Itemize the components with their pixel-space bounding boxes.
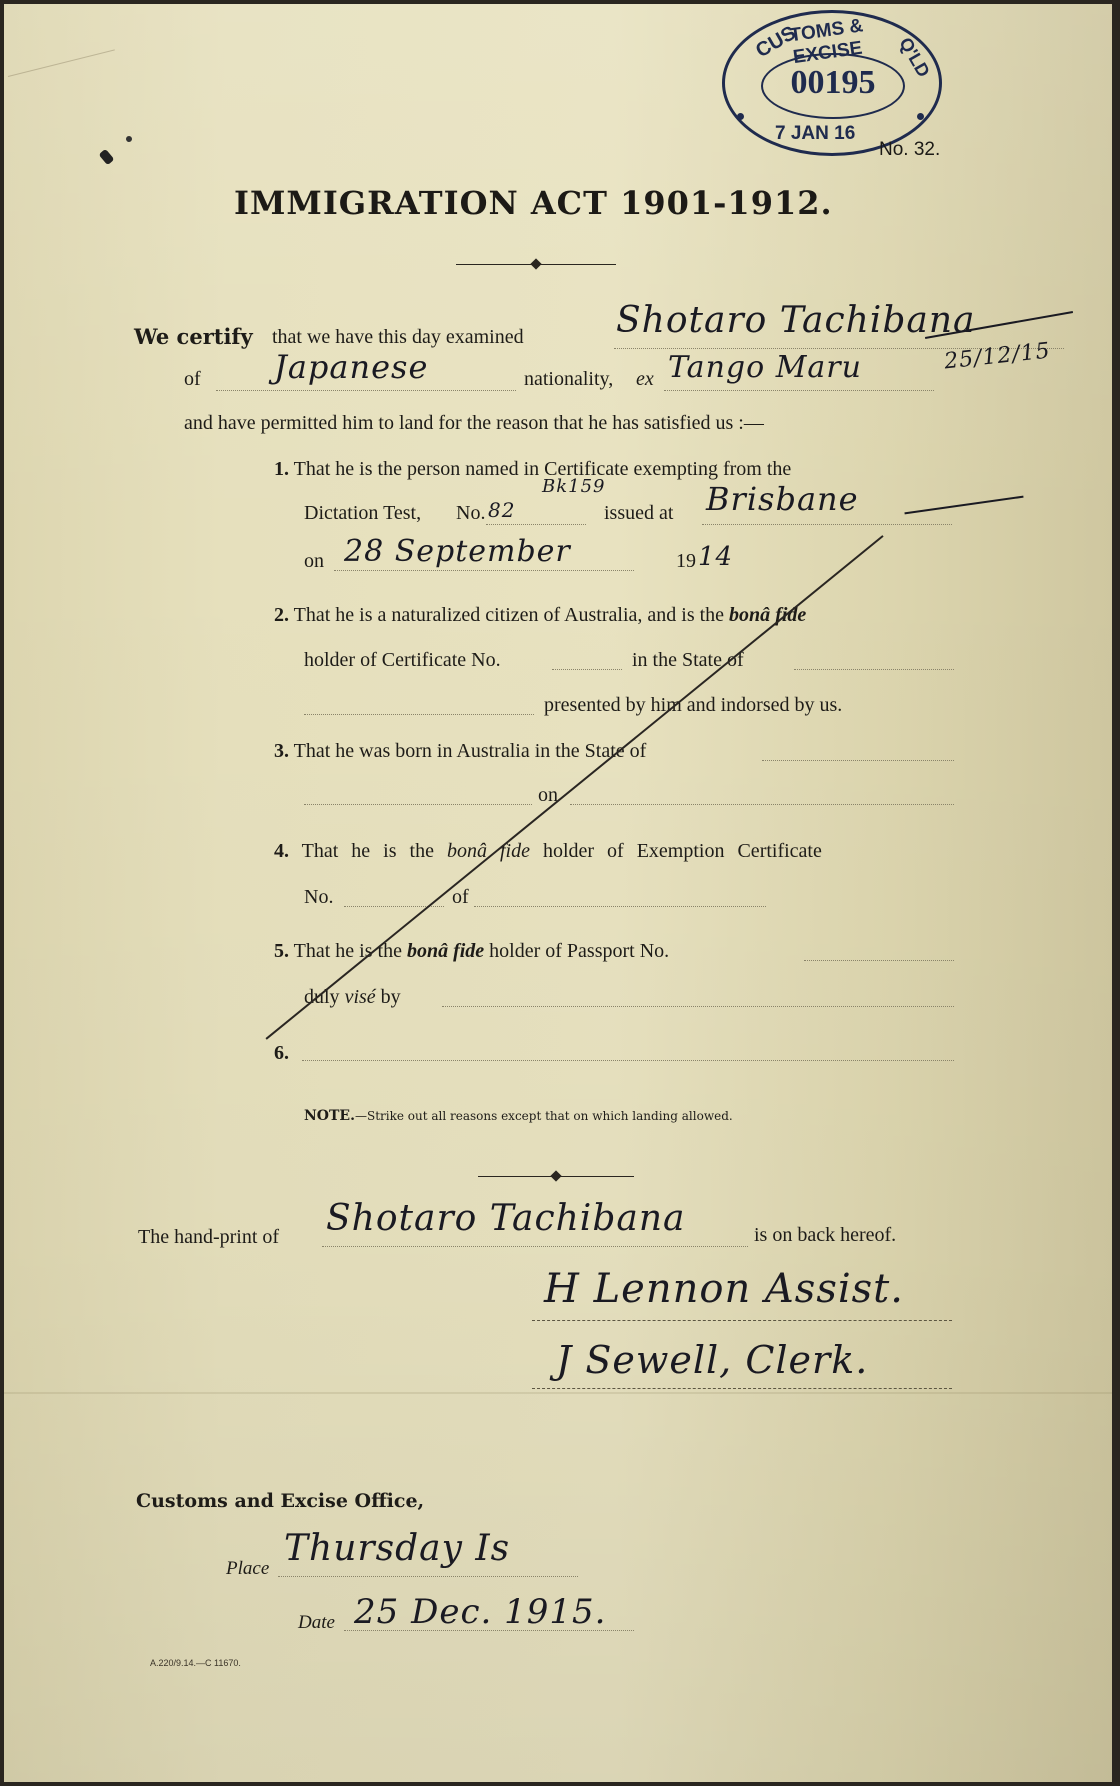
reason-1-on-label: on xyxy=(304,550,324,573)
stamp-date: 7 JAN 16 xyxy=(775,123,855,145)
reason-2-text: That he is a naturalized citizen of Aust… xyxy=(294,604,724,626)
cert-no-blank xyxy=(552,669,622,670)
reason-2-line3: presented by him and indorsed by us. xyxy=(544,694,842,717)
handprint-name-line xyxy=(322,1246,748,1247)
reason-1-number: 1. xyxy=(274,458,289,480)
reason-4-text-b: holder of Exemption Certificate xyxy=(543,840,822,862)
reason-3-line1: 3. That he was born in Australia in the … xyxy=(274,740,646,763)
year-prefix: 19 xyxy=(676,550,696,573)
date-label: Date xyxy=(298,1612,335,1634)
certify-line1: that we have this day examined xyxy=(272,326,524,349)
place-value: Thursday Is xyxy=(284,1528,510,1569)
note: NOTE.—Strike out all reasons except that… xyxy=(304,1108,733,1124)
note-label: NOTE. xyxy=(304,1108,355,1124)
signature-line-1 xyxy=(532,1320,952,1321)
cert-no-field-line xyxy=(486,524,586,525)
arrival-date: 25/12/15 xyxy=(943,338,1052,374)
bona-fide-text: bonâ fide xyxy=(407,940,484,962)
reason-3-number: 3. xyxy=(274,740,289,762)
stamp-number: 00195 xyxy=(763,64,903,102)
ink-blot xyxy=(99,149,115,166)
ink-blot xyxy=(126,136,132,142)
issued-label: issued at xyxy=(604,502,673,525)
bona-fide-text: bonâ fide xyxy=(447,840,530,862)
vise-by-blank xyxy=(442,1006,954,1007)
reason-1-test-label: Dictation Test, xyxy=(304,502,421,525)
date-value: 25 Dec. 1915. xyxy=(354,1592,606,1632)
reason-2-number: 2. xyxy=(274,604,289,626)
examined-name: Shotaro Tachibana xyxy=(616,300,975,341)
stamp-dot xyxy=(737,113,744,120)
issued-at-value: Brisbane xyxy=(706,480,859,518)
reason-2-line1: 2. That he is a naturalized citizen of A… xyxy=(274,604,806,627)
reason-4-no: No. xyxy=(304,886,333,909)
passport-no-blank xyxy=(804,960,954,961)
reason-6-blank xyxy=(302,1060,954,1061)
vise-text: visé xyxy=(345,986,376,1008)
stamp-inner-ring: 00195 xyxy=(761,53,905,119)
exemption-of-blank xyxy=(474,906,766,907)
paper-crease xyxy=(8,49,115,77)
paper-fold xyxy=(4,1392,1112,1394)
year-suffix: 14 xyxy=(698,542,733,572)
reason-5-number: 5. xyxy=(274,940,289,962)
place-field-line xyxy=(278,1576,578,1577)
issued-at-field-line xyxy=(702,524,952,525)
ship-name: Tango Maru xyxy=(668,350,862,385)
reason-4-of: of xyxy=(452,886,469,909)
reason-4-number: 4. xyxy=(274,840,289,862)
signature-line-2 xyxy=(532,1388,952,1389)
ex-label: ex xyxy=(636,368,654,391)
immigration-certificate-page: CUS TOMS & EXCISE Q'LD 00195 7 JAN 16 No… xyxy=(4,4,1112,1782)
sheet-number: No. 32. xyxy=(879,139,940,161)
rule-diamond xyxy=(550,1170,561,1181)
stamp-dot xyxy=(917,113,924,120)
reason-4-line1: 4. That he is the bonâ fide holder of Ex… xyxy=(274,840,822,863)
place-label: Place xyxy=(226,1558,269,1580)
reason-2-line2a: holder of Certificate No. xyxy=(304,649,501,672)
signature-1: H Lennon Assist. xyxy=(544,1266,904,1312)
ship-field-line xyxy=(664,390,934,391)
issued-flourish xyxy=(904,496,1023,515)
cert-no-value: 82 xyxy=(488,498,515,522)
reason-3-text: That he was born in Australia in the Sta… xyxy=(294,740,647,762)
duly-text: duly xyxy=(304,986,340,1008)
reason-6-number: 6. xyxy=(274,1042,289,1065)
presented-blank xyxy=(304,714,534,715)
reason-5-line2: duly visé by xyxy=(304,986,401,1009)
reason-5-line1: 5. That he is the bonâ fide holder of Pa… xyxy=(274,940,669,963)
date-field-line xyxy=(334,570,634,571)
note-text: —Strike out all reasons except that on w… xyxy=(355,1109,733,1123)
reason-5-text-a: That he is the xyxy=(294,940,402,962)
by-text: by xyxy=(381,986,401,1008)
signature-2: J Sewell, Clerk. xyxy=(556,1338,868,1382)
cert-date-value: 28 September xyxy=(344,534,571,569)
reason-6-label: 6. xyxy=(274,1042,289,1064)
reason-5-text-b: holder of Passport No. xyxy=(489,940,669,962)
reason-1-line1: 1. That he is the person named in Certif… xyxy=(274,458,791,481)
of-label: of xyxy=(184,368,201,391)
nationality-label: nationality, xyxy=(524,368,613,391)
state-blank xyxy=(794,669,954,670)
reason-4-text-a: That he is the xyxy=(302,840,434,862)
birth-blank-a xyxy=(304,804,532,805)
nationality-value: Japanese xyxy=(274,348,428,386)
certify-lead: We certify xyxy=(134,324,253,349)
office-heading: Customs and Excise Office, xyxy=(136,1490,424,1512)
birth-date-blank xyxy=(570,804,954,805)
certify-line3: and have permitted him to land for the r… xyxy=(184,412,764,435)
handprint-prefix: The hand-print of xyxy=(138,1226,279,1249)
birth-state-blank xyxy=(762,760,954,761)
rule-diamond xyxy=(530,258,541,269)
reason-1-no-label: No. xyxy=(456,502,485,525)
nationality-field-line xyxy=(216,390,516,391)
handprint-name: Shotaro Tachibana xyxy=(326,1198,685,1239)
customs-stamp: CUS TOMS & EXCISE Q'LD 00195 7 JAN 16 xyxy=(722,10,942,156)
print-code: A.220/9.14.—C 11670. xyxy=(150,1658,241,1668)
handprint-suffix: is on back hereof. xyxy=(754,1224,896,1247)
cert-annotation: Bk159 xyxy=(542,476,606,497)
page-title: IMMIGRATION ACT 1901-1912. xyxy=(234,184,833,222)
